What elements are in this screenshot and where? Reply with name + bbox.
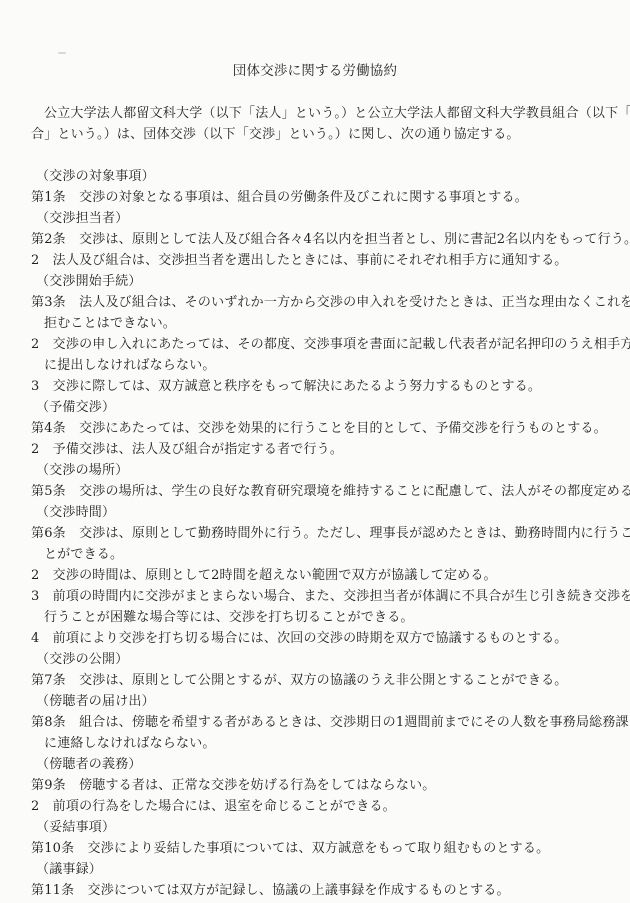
section-heading: （交渉の公開） [0, 649, 630, 670]
article-line: 第3条 法人及び組合は、そのいずれか一方から交渉の申入れを受けたときは、正当な理… [0, 292, 630, 313]
document-title: 団体交渉に関する労働協約 [0, 61, 630, 82]
item-line: 2 交渉の時間は、原則として2時間を超えない範囲で双方が協議して定める。 [0, 565, 630, 586]
scan-smudge-artifact [58, 52, 66, 54]
section-heading: （交渉時間） [0, 502, 630, 523]
blank-line [0, 82, 630, 103]
blank-line [0, 145, 630, 166]
section-heading: （傍聴者の届け出） [0, 691, 630, 712]
item-line: 3 交渉に際しては、双方誠意と秩序をもって解決にあたるよう努力するものとする。 [0, 376, 630, 397]
paragraph-line: 合」という。）は、団体交渉（以下「交渉」という。）に関し、次の通り協定する。 [0, 124, 630, 145]
continuation-line: 拒むことはできない。 [0, 313, 630, 334]
item-line: 2 予備交渉は、法人及び組合が指定する者で行う。 [0, 439, 630, 460]
document-body: 公立大学法人都留文科大学（以下「法人」という。）と公立大学法人都留文科大学教員組… [0, 82, 630, 901]
section-heading: （傍聴者の義務） [0, 754, 630, 775]
article-line: 第6条 交渉は、原則として勤務時間外に行う。ただし、理事長が認めたときは、勤務時… [0, 523, 630, 544]
section-heading: （交渉担当者） [0, 208, 630, 229]
document-page: 団体交渉に関する労働協約 公立大学法人都留文科大学（以下「法人」という。）と公立… [0, 0, 630, 903]
item-line: 2 前項の行為をした場合には、退室を命じることができる。 [0, 796, 630, 817]
section-heading: （妥結事項） [0, 817, 630, 838]
article-line: 第1条 交渉の対象となる事項は、組合員の労働条件及びこれに関する事項とする。 [0, 187, 630, 208]
article-line: 第4条 交渉にあたっては、交渉を効果的に行うことを目的として、予備交渉を行うもの… [0, 418, 630, 439]
section-heading: （交渉の場所） [0, 460, 630, 481]
continuation-line: に提出しなければならない。 [0, 355, 630, 376]
article-line: 第10条 交渉により妥結した事項については、双方誠意をもって取り組むものとする。 [0, 838, 630, 859]
continuation-line: 行うことが困難な場合等には、交渉を打ち切ることができる。 [0, 607, 630, 628]
item-line: 3 前項の時間内に交渉がまとまらない場合、また、交渉担当者が体調に不具合が生じ引… [0, 586, 630, 607]
article-line: 第11条 交渉については双方が記録し、協議の上議事録を作成するものとする。 [0, 880, 630, 901]
item-line: 4 前項により交渉を打ち切る場合には、次回の交渉の時期を双方で協議するものとする… [0, 628, 630, 649]
section-heading: （議事録） [0, 859, 630, 880]
article-line: 第2条 交渉は、原則として法人及び組合各々4名以内を担当者とし、別に書記2名以内… [0, 229, 630, 250]
paragraph-line: 公立大学法人都留文科大学（以下「法人」という。）と公立大学法人都留文科大学教員組… [0, 103, 630, 124]
item-line: 2 法人及び組合は、交渉担当者を選出したときには、事前にそれぞれ相手方に通知する… [0, 250, 630, 271]
item-line: 2 交渉の申し入れにあたっては、その都度、交渉事項を書面に記載し代表者が記名押印… [0, 334, 630, 355]
section-heading: （予備交渉） [0, 397, 630, 418]
article-line: 第7条 交渉は、原則として公開とするが、双方の協議のうえ非公開とすることができる… [0, 670, 630, 691]
article-line: 第8条 組合は、傍聴を希望する者があるときは、交渉期日の1週間前までにその人数を… [0, 712, 630, 733]
document-content: 団体交渉に関する労働協約 公立大学法人都留文科大学（以下「法人」という。）と公立… [0, 0, 630, 901]
continuation-line: に連絡しなければならない。 [0, 733, 630, 754]
article-line: 第9条 傍聴する者は、正常な交渉を妨げる行為をしてはならない。 [0, 775, 630, 796]
continuation-line: とができる。 [0, 544, 630, 565]
section-heading: （交渉開始手続） [0, 271, 630, 292]
article-line: 第5条 交渉の場所は、学生の良好な教育研究環境を維持することに配慮して、法人がそ… [0, 481, 630, 502]
section-heading: （交渉の対象事項） [0, 166, 630, 187]
